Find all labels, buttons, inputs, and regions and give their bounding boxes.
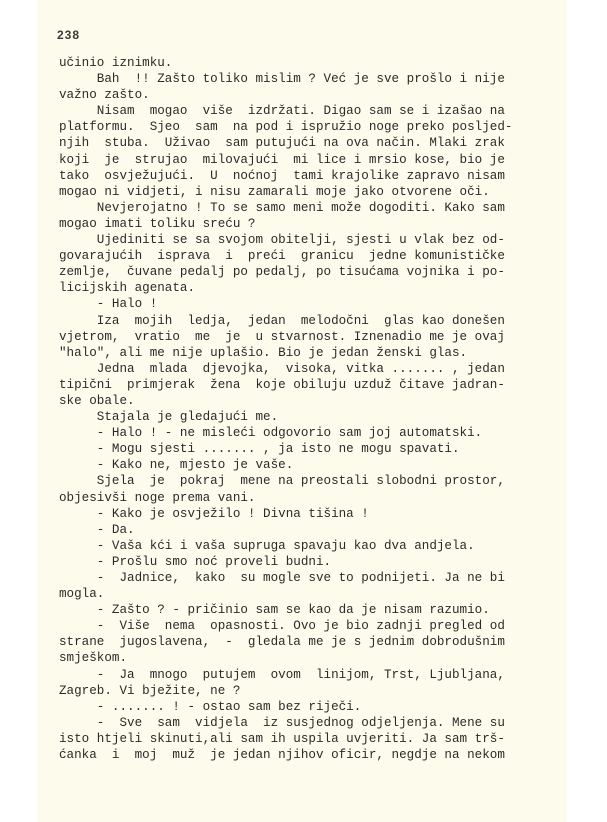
text-line: tipični primjerak žena koje obiluju uzdu… (59, 377, 551, 393)
text-line: - Jadnice, kako su mogle sve to podnijet… (59, 570, 551, 586)
text-line: Bah !! Zašto toliko mislim ? Već je sve … (59, 71, 551, 87)
text-line: - Mogu sjesti ....... , ja isto ne mogu … (59, 441, 551, 457)
text-line: - Halo ! - ne misleći odgovorio sam joj … (59, 425, 551, 441)
text-line: - Prošlu smo noć proveli budni. (59, 554, 551, 570)
text-line: licijskih agenata. (59, 280, 551, 296)
page-number: 238 (57, 28, 80, 42)
text-line: Sjela je pokraj mene na preostali slobod… (59, 473, 551, 489)
text-line: govarajućih isprava i preći granicu jedn… (59, 248, 551, 264)
text-line: Zagreb. Vi bježite, ne ? (59, 683, 551, 699)
text-line: - Vaša kći i vaša supruga spavaju kao dv… (59, 538, 551, 554)
text-line: "halo", ali me nije uplašio. Bio je jeda… (59, 345, 551, 361)
text-line: Stajala je gledajući me. (59, 409, 551, 425)
text-line: - Halo ! (59, 296, 551, 312)
text-line: - Zašto ? - pričinio sam se kao da je ni… (59, 602, 551, 618)
text-line: - ....... ! - ostao sam bez riječi. (59, 699, 551, 715)
text-line: zemlje, čuvane pedalj po pedalj, po tisu… (59, 264, 551, 280)
text-line: mogla. (59, 586, 551, 602)
text-line: Jedna mlada djevojka, visoka, vitka ....… (59, 361, 551, 377)
text-line: mogao ni vidjeti, i nisu zamarali moje j… (59, 184, 551, 200)
text-line: Nisam mogao više izdržati. Digao sam se … (59, 103, 551, 119)
text-line: ske obale. (59, 393, 551, 409)
text-line: - Kako ne, mjesto je vaše. (59, 457, 551, 473)
text-line: Nevjerojatno ! To se samo meni može dogo… (59, 200, 551, 216)
text-line: mogao imati toliku sreću ? (59, 216, 551, 232)
text-line: vjetrom, vratio me je u stvarnost. Iznen… (59, 329, 551, 345)
text-line: tako osvježujući. U noćnoj tami krajolik… (59, 168, 551, 184)
text-line: platformu. Sjeo sam na pod i ispružio no… (59, 119, 551, 135)
book-page: 238 učinio iznimku. Bah !! Zašto toliko … (37, 0, 567, 822)
text-line: objesivši noge prema vani. (59, 490, 551, 506)
text-line: smješkom. (59, 650, 551, 666)
text-line: isto htjeli skinuti,ali sam ih uspila uv… (59, 731, 551, 747)
text-line: - Ja mnogo putujem ovom linijom, Trst, L… (59, 667, 551, 683)
text-line: učinio iznimku. (59, 55, 551, 71)
text-line: Iza mojih ledja, jedan melodočni glas ka… (59, 313, 551, 329)
text-line: - Sve sam vidjela iz susjednog odjeljenj… (59, 715, 551, 731)
page-body-text: učinio iznimku. Bah !! Zašto toliko misl… (59, 55, 551, 763)
text-line: - Više nema opasnosti. Ovo je bio zadnji… (59, 618, 551, 634)
text-line: ćanka i moj muž je jedan njihov oficir, … (59, 747, 551, 763)
text-line: - Da. (59, 522, 551, 538)
text-line: strane jugoslavena, - gledala me je s je… (59, 634, 551, 650)
text-line: Ujediniti se sa svojom obitelji, sjesti … (59, 232, 551, 248)
text-line: njih stuba. Uživao sam putujući na ova n… (59, 135, 551, 151)
text-line: - Kako je osvježilo ! Divna tišina ! (59, 506, 551, 522)
text-line: koji je strujao milovajući mi lice i mrs… (59, 152, 551, 168)
text-line: važno zašto. (59, 87, 551, 103)
